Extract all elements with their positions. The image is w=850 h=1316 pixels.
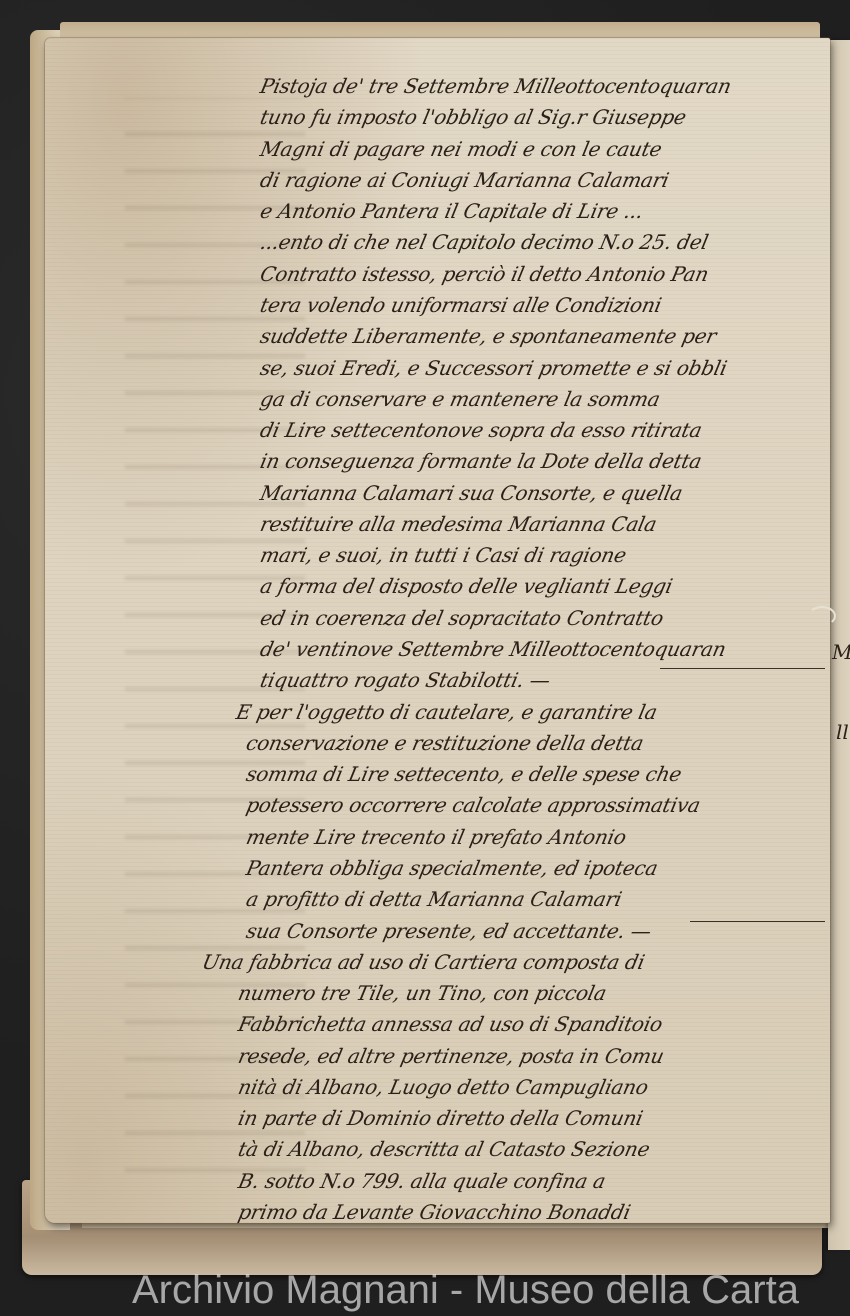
margin-note: ll (836, 720, 849, 744)
text-line: mente Lire trecento il prefato Antonio (244, 825, 628, 849)
text-line: E per l'oggetto di cautelare, e garantir… (234, 700, 659, 724)
text-line: Contratto istesso, perciò il detto Anton… (258, 262, 711, 286)
line-fill-rule (660, 668, 825, 669)
text-line: in conseguenza formante la Dote della de… (258, 449, 704, 473)
text-line: somma di Lire settecento, e delle spese … (244, 762, 684, 786)
text-line: Fabbrichetta annessa ad uso di Spanditoi… (236, 1012, 665, 1036)
text-line: di Lire settecentonove sopra da esso rit… (258, 418, 704, 442)
binding-thread (808, 606, 836, 626)
line-fill-rule (690, 921, 825, 922)
text-line: Una fabbrica ad uso di Cartiera composta… (200, 950, 647, 974)
text-line: mari, e suoi, in tutti i Casi di ragione (258, 543, 629, 567)
text-line: Pantera obbliga specialmente, ed ipoteca (244, 856, 660, 880)
text-line: ga di conservare e mantenere la somma (258, 387, 662, 411)
margin-note: Mo (832, 640, 850, 664)
text-line: se, suoi Eredi, e Successori promette e … (258, 356, 729, 380)
text-line: B. sotto N.o 799. alla quale confina a (236, 1169, 608, 1193)
text-line: tà di Albano, descritta al Catasto Sezio… (236, 1137, 652, 1161)
text-line: in parte di Dominio diretto della Comuni (236, 1106, 645, 1130)
text-line: ...ento di che nel Capitolo decimo N.o 2… (258, 230, 711, 254)
text-line: sua Consorte presente, ed accettante. — (244, 919, 653, 943)
text-line: restituire alla medesima Marianna Cala (258, 512, 659, 536)
text-line: Pistoja de' tre Settembre Milleottocento… (258, 74, 733, 98)
text-line: a forma del disposto delle veglianti Leg… (258, 574, 675, 598)
text-line: tera volendo uniformarsi alle Condizioni (258, 293, 664, 317)
text-line: suddette Liberamente, e spontaneamente p… (258, 324, 719, 348)
text-line: numero tre Tile, un Tino, con piccola (236, 981, 609, 1005)
text-line: potessero occorrere calcolate approssima… (244, 793, 702, 817)
text-line: nità di Albano, Luogo detto Campugliano (236, 1075, 650, 1099)
text-line: Magni di pagare nei modi e con le caute (258, 137, 664, 161)
text-line: primo da Levante Giovacchino Bonaddi (236, 1200, 633, 1224)
text-line: de' ventinove Settembre Milleottocentoqu… (258, 637, 728, 661)
text-line: conservazione e restituzione della detta (244, 731, 646, 755)
text-line: resede, ed altre pertinenze, posta in Co… (236, 1044, 666, 1068)
archive-watermark: Archivio Magnani - Museo della Carta (132, 1268, 799, 1313)
text-line: e Antonio Pantera il Capitale di Lire ..… (258, 199, 645, 223)
text-line: ed in coerenza del sopracitato Contratto (258, 606, 666, 630)
text-line: tiquattro rogato Stabilotti. — (258, 668, 552, 692)
text-line: tuno fu imposto l'obbligo al Sig.r Giuse… (258, 105, 688, 129)
manuscript-text: Pistoja de' tre Settembre Milleottocento… (0, 0, 850, 1316)
text-line: di ragione ai Coniugi Marianna Calamari (258, 168, 671, 192)
text-line: Marianna Calamari sua Consorte, e quella (258, 481, 685, 505)
text-line: a profitto di detta Marianna Calamari (244, 887, 624, 911)
